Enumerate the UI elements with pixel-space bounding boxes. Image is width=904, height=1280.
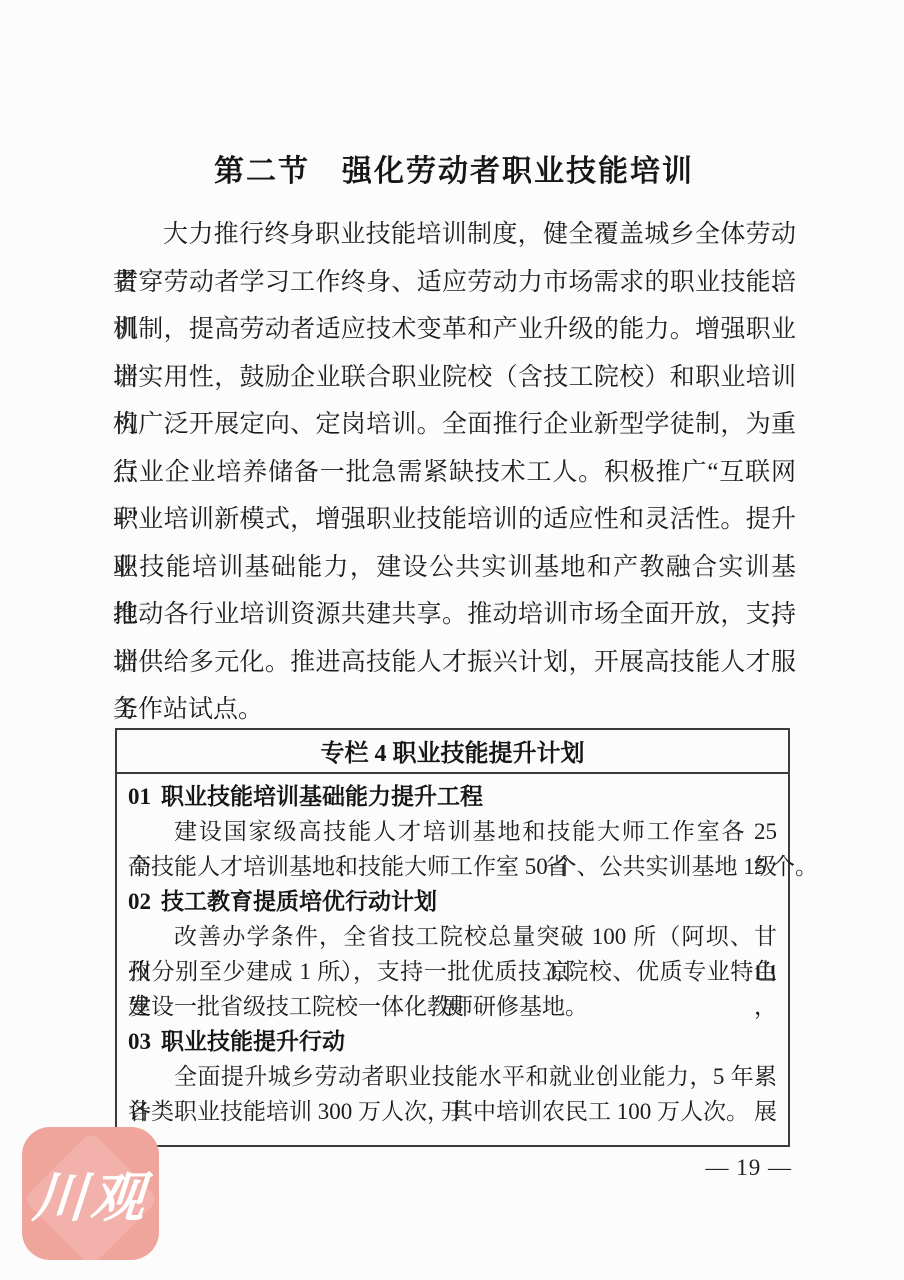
paragraph-line: 构广泛开展定向、定岗培训。全面推行企业新型学徒制，为重点 [113,401,796,449]
feature-box-body: 01职业技能培训基础能力提升工程 建设国家级高技能人才培训基地和技能大师工作室各… [117,774,788,1145]
box-item-heading-text: 职业技能提升行动 [161,1029,345,1054]
paragraph-line: 行业企业培养储备一批急需紧缺技术工人。积极推广“互联网+” [113,449,796,497]
paragraph-line: 大力推行终身职业技能培训制度，健全覆盖城乡全体劳动者、 [113,211,796,259]
box-item-number: 01 [128,784,151,809]
box-item-line: 州分别至少建成 1 所），支持一批优质技工院校、优质专业特色发展， [128,954,777,989]
watermark-text: 川观 [30,1155,151,1232]
chuanguan-watermark-logo: 川观 [22,1127,159,1260]
section-title: 第二节 强化劳动者职业技能培训 [113,146,795,190]
box-item-heading-text: 技工教育提质培优行动计划 [161,889,437,914]
box-item-heading: 02技工教育提质培优行动计划 [128,884,777,919]
paragraph-line: 贯穿劳动者学习工作终身、适应劳动力市场需求的职业技能培训 [113,259,796,307]
paragraph-line: 训供给多元化。推进高技能人才振兴计划，开展高技能人才服务 [113,639,796,687]
box-item-heading: 03职业技能提升行动 [128,1024,777,1059]
page-number: — 19 — [706,1155,793,1181]
box-item-heading-text: 职业技能培训基础能力提升工程 [161,784,483,809]
box-item-number: 02 [128,889,151,914]
paragraph-line: 训实用性，鼓励企业联合职业院校（含技工院校）和职业培训机 [113,354,796,402]
box-item-number: 03 [128,1029,151,1054]
paragraph-line: 业技能培训基础能力，建设公共实训基地和产教融合实训基地， [113,544,796,592]
feature-box-title: 专栏 4 职业技能提升计划 [117,730,788,774]
box-item-line: 高技能人才培训基地和技能大师工作室 50 个、公共实训基地 15 个。 [128,849,777,884]
box-item-line: 全面提升城乡劳动者职业技能水平和就业创业能力，5 年累计开展 [128,1059,777,1094]
paragraph-line: 工作站试点。 [113,686,796,734]
box-item-line: 建设国家级高技能人才培训基地和技能大师工作室各 25 个、省级 [128,814,777,849]
document-page: 第二节 强化劳动者职业技能培训 大力推行终身职业技能培训制度，健全覆盖城乡全体劳… [0,0,904,1280]
body-paragraph: 大力推行终身职业技能培训制度，健全覆盖城乡全体劳动者、 贯穿劳动者学习工作终身、… [113,211,796,734]
feature-box: 专栏 4 职业技能提升计划 01职业技能培训基础能力提升工程 建设国家级高技能人… [115,728,790,1147]
paragraph-line: 职业培训新模式，增强职业技能培训的适应性和灵活性。提升职 [113,496,796,544]
paragraph-line: 机制，提高劳动者适应技术变革和产业升级的能力。增强职业培 [113,306,796,354]
box-item-line: 各类职业技能培训 300 万人次，其中培训农民工 100 万人次。 [128,1094,777,1129]
box-item-line: 改善办学条件，全省技工院校总量突破 100 所（阿坝、甘孜、凉山 [128,919,777,954]
box-item-heading: 01职业技能培训基础能力提升工程 [128,779,777,814]
paragraph-line: 推动各行业培训资源共建共享。推动培训市场全面开放，支持培 [113,591,796,639]
